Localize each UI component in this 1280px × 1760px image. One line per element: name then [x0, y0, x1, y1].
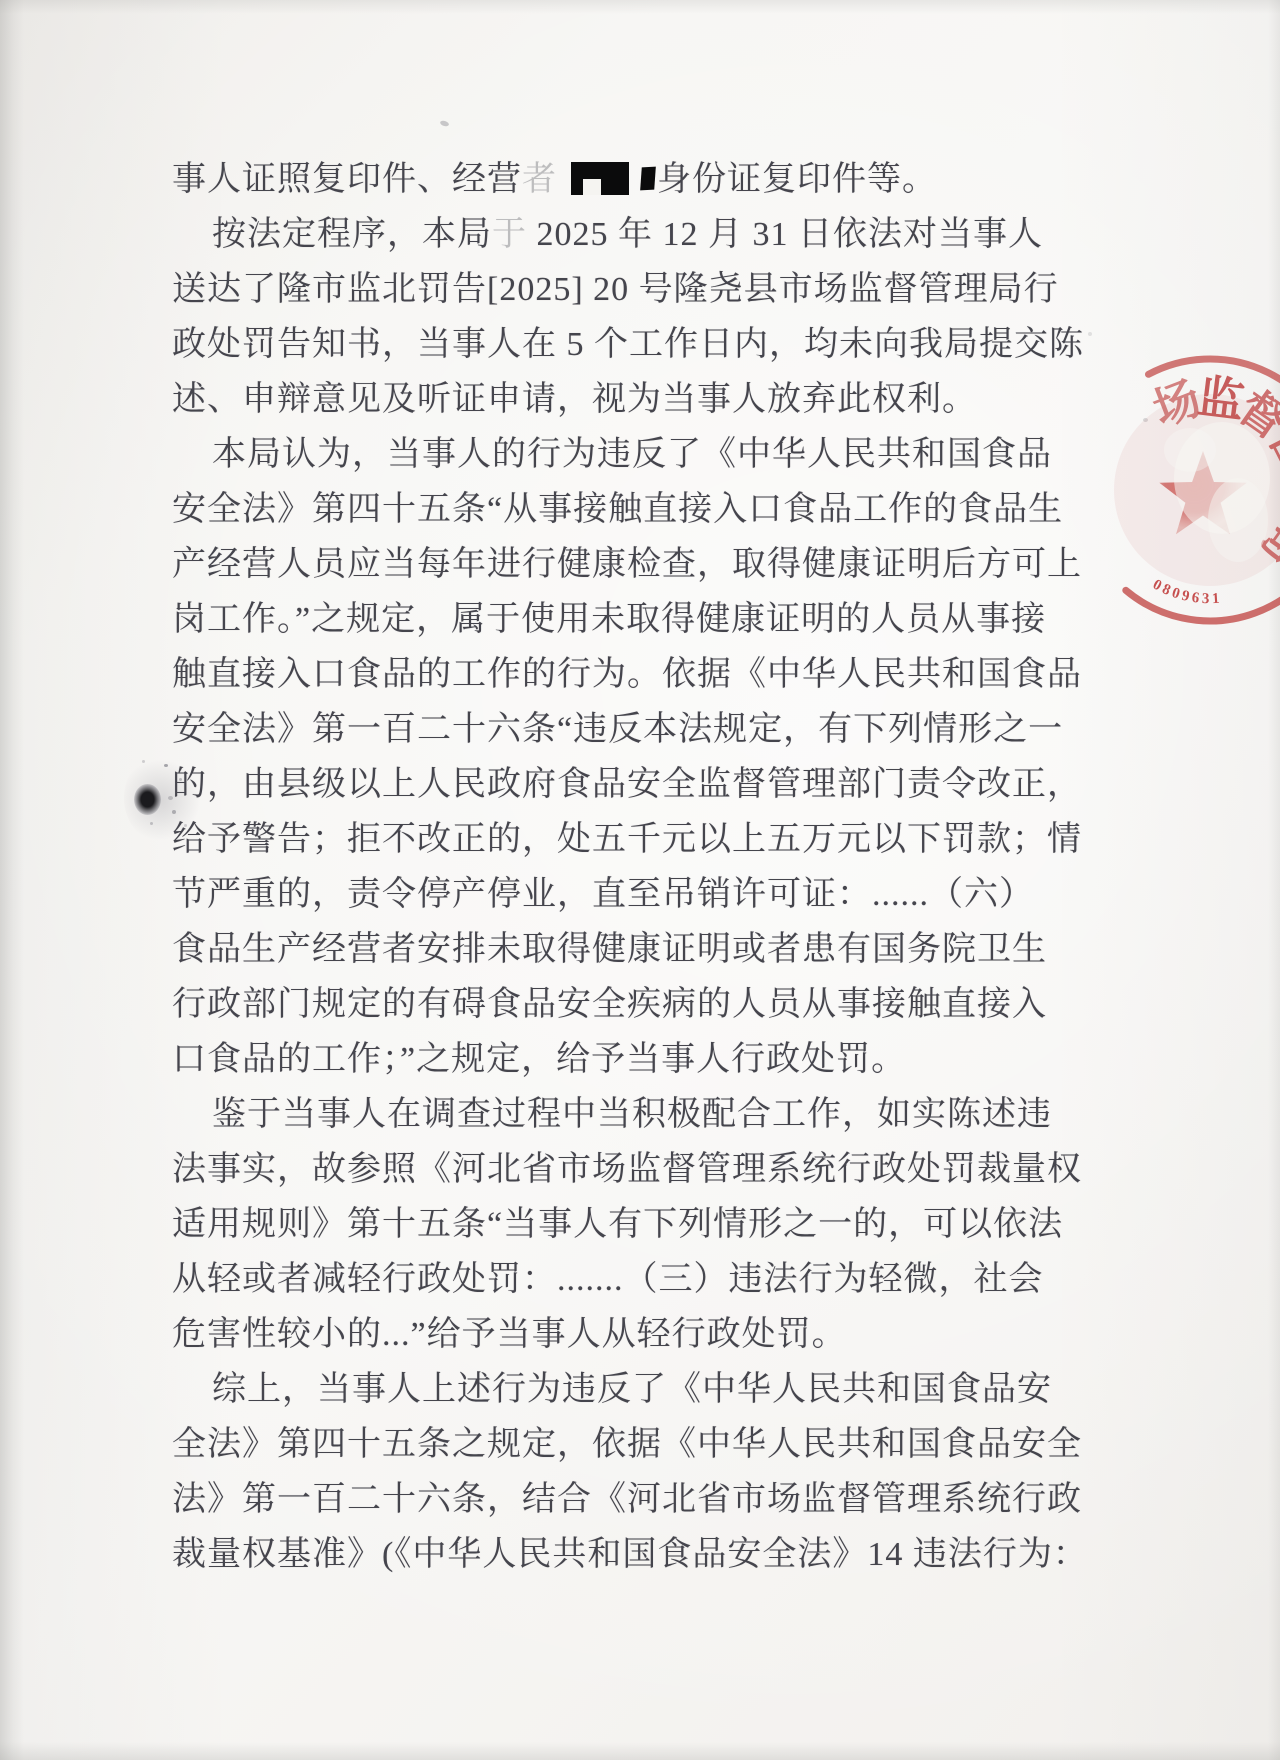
text-run: 身份证复印件等。	[657, 161, 937, 198]
text-line: 全法》第四十五条之规定，依据《中华人民共和国食品安全	[172, 1417, 1088, 1472]
text-line: 岗工作。”之规定，属于使用未取得健康证明的人员从事接	[172, 592, 1088, 647]
ink-speck	[150, 822, 153, 825]
ink-blot-core	[134, 784, 161, 815]
text-line: 综上，当事人上述行为违反了《中华人民共和国食品安	[172, 1362, 1088, 1417]
text-run: 适用规则》第十五条“当事人有下列情形之一的，可以依法	[172, 1206, 1063, 1243]
redaction-box	[571, 162, 629, 195]
text-line: 安全法》第一百二十六条“违反本法规定，有下列情形之一	[172, 702, 1088, 757]
ink-speck	[142, 760, 145, 763]
text-run: 本局认为，当事人的行为违反了《中华人民共和国食品	[212, 436, 1052, 473]
text-run: 食品生产经营者安排未取得健康证明或者患有国务院卫生	[172, 931, 1047, 968]
text-run: 裁量权基准》(《中华人民共和国食品安全法》14 违法行为：	[172, 1536, 1088, 1573]
text-run: 按法定程序，本局	[212, 216, 492, 253]
text-line: 给予警告；拒不改正的，处五千元以上五万元以下罚款；情	[172, 812, 1088, 867]
text-line: 鉴于当事人在调查过程中当积极配合工作，如实陈述违	[172, 1087, 1088, 1142]
ink-speck	[172, 810, 176, 814]
scan-shadow-left	[0, 0, 24, 1760]
text-line: 适用规则》第十五条“当事人有下列情形之一的，可以依法	[172, 1197, 1088, 1252]
text-line: 政处罚告知书，当事人在 5 个工作日内，均未向我局提交陈	[172, 317, 1088, 372]
redaction-box-notch	[583, 179, 601, 195]
text-run: 综上，当事人上述行为违反了《中华人民共和国食品安	[212, 1371, 1052, 1408]
text-line: 从轻或者减轻行政处罚：.......（三）违法行为轻微，社会	[172, 1252, 1088, 1307]
scanned-document-page: 事人证照复印件、经营者身份证复印件等。按法定程序，本局于 2025 年 12 月…	[0, 0, 1280, 1760]
text-line: 法》第一百二十六条，结合《河北省市场监督管理系统行政	[172, 1472, 1088, 1527]
text-run: 法事实，故参照《河北省市场监督管理系统行政处罚裁量权	[172, 1151, 1082, 1188]
text-run: 述、申辩意见及听证申请，视为当事人放弃此权利。	[172, 381, 977, 418]
text-line: 本局认为，当事人的行为违反了《中华人民共和国食品	[172, 427, 1088, 482]
text-line: 裁量权基准》(《中华人民共和国食品安全法》14 违法行为：	[172, 1527, 1088, 1582]
text-run: 产经营人员应当每年进行健康检查，取得健康证明后方可上	[172, 546, 1082, 583]
text-run: 者	[522, 161, 557, 198]
text-run: 送达了隆市监北罚告[2025] 20 号隆尧县市场监督管理局行	[172, 271, 1059, 308]
text-line: 事人证照复印件、经营者身份证复印件等。	[172, 152, 1088, 207]
redaction-box	[640, 166, 656, 190]
text-line: 危害性较小的...”给予当事人从轻行政处罚。	[172, 1307, 1088, 1362]
text-line: 法事实，故参照《河北省市场监督管理系统行政处罚裁量权	[172, 1142, 1088, 1197]
text-run: 从轻或者减轻行政处罚：.......（三）违法行为轻微，社会	[172, 1261, 1044, 1298]
text-run: 行政部门规定的有碍食品安全疾病的人员从事接触直接入	[172, 986, 1047, 1023]
text-run: 给予警告；拒不改正的，处五千元以上五万元以下罚款；情	[172, 821, 1082, 858]
text-run: 法》第一百二十六条，结合《河北省市场监督管理系统行政	[172, 1481, 1082, 1518]
text-line: 安全法》第四十五条“从事接触直接入口食品工作的食品生	[172, 482, 1088, 537]
text-line: 送达了隆市监北罚告[2025] 20 号隆尧县市场监督管理局行	[172, 262, 1088, 317]
paper-speck	[439, 120, 449, 128]
text-run: 2025 年 12 月 31 日依法对当事人	[527, 216, 1043, 253]
text-line: 述、申辩意见及听证申请，视为当事人放弃此权利。	[172, 372, 1088, 427]
ink-blot-stain	[124, 752, 204, 844]
ink-speck	[164, 764, 168, 767]
text-line: 节严重的，责令停产停业，直至吊销许可证：......（六）	[172, 867, 1088, 922]
text-line: 产经营人员应当每年进行健康检查，取得健康证明后方可上	[172, 537, 1088, 592]
scan-shadow-bottom	[0, 1742, 1280, 1760]
text-run: 触直接入口食品的工作的行为。依据《中华人民共和国食品	[172, 656, 1082, 693]
ink-speck	[184, 824, 187, 827]
text-line: 行政部门规定的有碍食品安全疾病的人员从事接触直接入	[172, 977, 1088, 1032]
seal-fade-blotch	[1164, 428, 1216, 472]
text-run: 安全法》第一百二十六条“违反本法规定，有下列情形之一	[172, 711, 1063, 748]
text-line: 食品生产经营者安排未取得健康证明或者患有国务院卫生	[172, 922, 1088, 977]
text-run: 节严重的，责令停产停业，直至吊销许可证：......（六）	[172, 876, 1034, 913]
text-run: 安全法》第四十五条“从事接触直接入口食品工作的食品生	[172, 491, 1063, 528]
text-run: 政处罚告知书，当事人在 5 个工作日内，均未向我局提交陈	[172, 326, 1084, 363]
text-run: 口食品的工作；”之规定，给予当事人行政处罚。	[172, 1041, 906, 1078]
text-line: 按法定程序，本局于 2025 年 12 月 31 日依法对当事人	[172, 207, 1088, 262]
seal-fade-blotch	[1208, 478, 1268, 562]
text-run: 事人证照复印件、经营	[172, 161, 522, 198]
text-run: 危害性较小的...”给予当事人从轻行政处罚。	[172, 1316, 847, 1353]
text-run: 于	[492, 216, 527, 253]
text-line: 的，由县级以上人民政府食品安全监督管理部门责令改正，	[172, 757, 1088, 812]
scan-shadow-top	[0, 0, 1280, 14]
text-run: 全法》第四十五条之规定，依据《中华人民共和国食品安全	[172, 1426, 1082, 1463]
ink-speck	[168, 796, 173, 800]
scan-shadow-right	[1268, 0, 1280, 1760]
ink-speck	[179, 778, 182, 781]
official-seal-stamp: 场 监 督 管 局 0809631	[1020, 330, 1280, 640]
text-run: 的，由县级以上人民政府食品安全监督管理部门责令改正，	[172, 766, 1082, 803]
text-run: 鉴于当事人在调查过程中当积极配合工作，如实陈述违	[212, 1096, 1052, 1133]
document-body-text: 事人证照复印件、经营者身份证复印件等。按法定程序，本局于 2025 年 12 月…	[172, 152, 1088, 1582]
text-line: 触直接入口食品的工作的行为。依据《中华人民共和国食品	[172, 647, 1088, 702]
text-line: 口食品的工作；”之规定，给予当事人行政处罚。	[172, 1032, 1088, 1087]
text-run: 岗工作。”之规定，属于使用未取得健康证明的人员从事接	[172, 601, 1046, 638]
